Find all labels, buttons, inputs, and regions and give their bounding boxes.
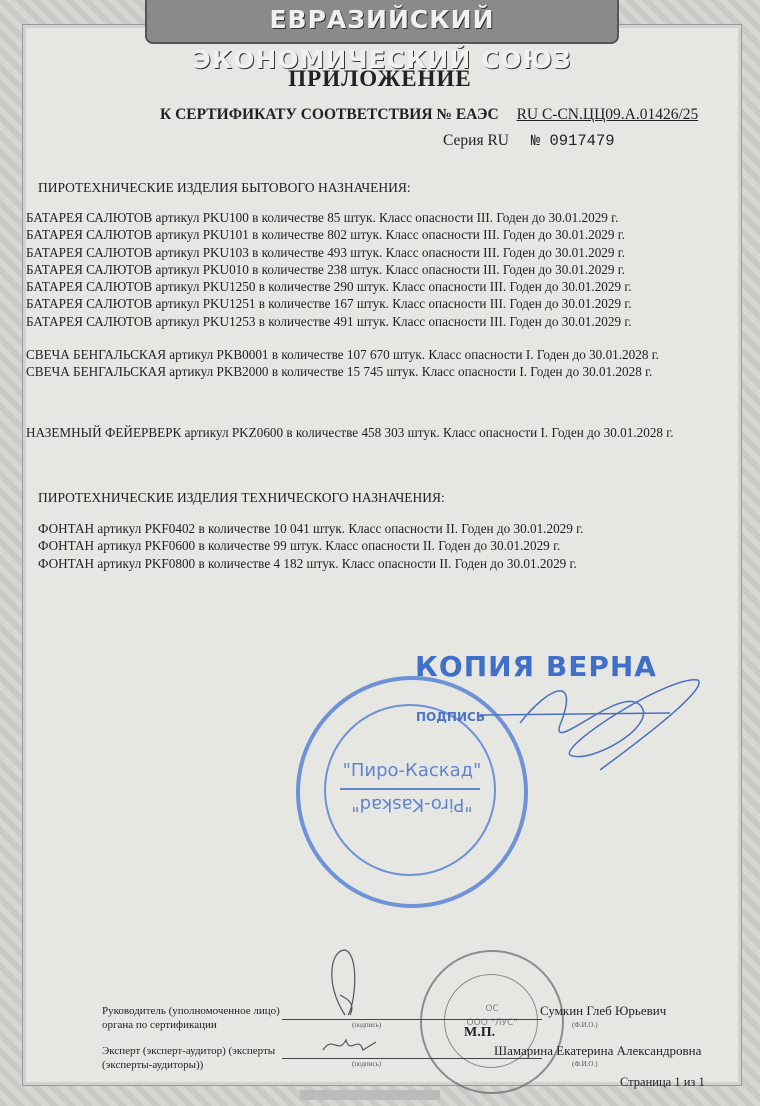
list-item: БАТАРЕЯ САЛЮТОВ артикул PKU1250 в количе… xyxy=(26,278,632,295)
section-heading-household: ПИРОТЕХНИЧЕСКИЕ ИЗДЕЛИЯ БЫТОВОГО НАЗНАЧЕ… xyxy=(38,180,411,196)
sparkler-items: СВЕЧА БЕНГАЛЬСКАЯ артикул PKB0001 в коли… xyxy=(26,346,726,381)
signature-expert xyxy=(318,1030,378,1060)
list-item: БАТАРЕЯ САЛЮТОВ артикул PKU101 в количес… xyxy=(26,226,632,243)
head-sign-line xyxy=(282,1019,542,1020)
certificate-page: ЕВРАЗИЙСКИЙ ЭКОНОМИЧЕСКИЙ СОЮЗ ПРИЛОЖЕНИ… xyxy=(0,0,760,1106)
head-fio-caption: (Ф.И.О.) xyxy=(572,1021,598,1029)
expert-label: Эксперт (эксперт-аудитор) (эксперты (экс… xyxy=(102,1044,302,1072)
expert-fio-caption: (Ф.И.О.) xyxy=(572,1060,598,1068)
certification-body-seal: ОС ООО "ЛУС" xyxy=(420,950,564,1094)
section-heading-technical: ПИРОТЕХНИЧЕСКИЕ ИЗДЕЛИЯ ТЕХНИЧЕСКОГО НАЗ… xyxy=(38,490,445,506)
expert-name: Шамарина Екатерина Александровна xyxy=(494,1043,701,1059)
certificate-label: К СЕРТИФИКАТУ СООТВЕТСТВИЯ № ЕАЭС xyxy=(160,106,499,123)
head-name: Сумкин Глеб Юрьевич xyxy=(540,1003,666,1019)
list-item: НАЗЕМНЫЙ ФЕЙЕРВЕРК артикул PKZ0600 в кол… xyxy=(26,424,726,441)
list-item: ФОНТАН артикул PKF0402 в количестве 10 0… xyxy=(38,520,583,537)
certificate-line: К СЕРТИФИКАТУ СООТВЕТСТВИЯ № ЕАЭС RU C-C… xyxy=(160,106,698,124)
expert-sign-caption: (подпись) xyxy=(352,1060,381,1068)
technical-items: ФОНТАН артикул PKF0402 в количестве 10 0… xyxy=(38,520,583,572)
stamp-place-label: М.П. xyxy=(464,1025,495,1041)
signature-head xyxy=(320,945,370,1025)
certificate-number: RU C-CN.ЦЦ09.А.01426/25 xyxy=(517,106,699,123)
seal-divider xyxy=(340,788,480,790)
list-item: БАТАРЕЯ САЛЮТОВ артикул PKU010 в количес… xyxy=(26,261,632,278)
head-label: Руководитель (уполномоченное лицо) орган… xyxy=(102,1004,282,1032)
list-item: БАТАРЕЯ САЛЮТОВ артикул PKU103 в количес… xyxy=(26,244,632,261)
series-line: Серия RU № 0917479 xyxy=(443,132,615,150)
eaeu-banner: ЕВРАЗИЙСКИЙ ЭКОНОМИЧЕСКИЙ СОЮЗ xyxy=(145,0,619,44)
list-item: ФОНТАН артикул PKF0600 в количестве 99 ш… xyxy=(38,537,583,554)
series-number: № 0917479 xyxy=(531,132,615,150)
seal-org-name-latin: "Piro-Kaskad" xyxy=(300,794,524,815)
list-item: СВЕЧА БЕНГАЛЬСКАЯ артикул PKB2000 в коли… xyxy=(26,363,726,380)
printer-mark xyxy=(300,1090,440,1100)
head-sign-caption: (подпись) xyxy=(352,1021,381,1029)
series-label: Серия RU xyxy=(443,132,509,149)
ground-firework-items: НАЗЕМНЫЙ ФЕЙЕРВЕРК артикул PKZ0600 в кол… xyxy=(26,424,726,441)
list-item: БАТАРЕЯ САЛЮТОВ артикул PKU1251 в количе… xyxy=(26,295,632,312)
signature-blue xyxy=(470,665,710,775)
list-item: БАТАРЕЯ САЛЮТОВ артикул PKU1253 в количе… xyxy=(26,313,632,330)
list-item: ФОНТАН артикул PKF0800 в количестве 4 18… xyxy=(38,555,583,572)
page-title: ПРИЛОЖЕНИЕ xyxy=(0,66,760,92)
household-items: БАТАРЕЯ САЛЮТОВ артикул PKU100 в количес… xyxy=(26,209,632,330)
list-item: БАТАРЕЯ САЛЮТОВ артикул PKU100 в количес… xyxy=(26,209,632,226)
list-item: СВЕЧА БЕНГАЛЬСКАЯ артикул PKB0001 в коли… xyxy=(26,346,726,363)
page-number: Страница 1 из 1 xyxy=(620,1075,705,1090)
